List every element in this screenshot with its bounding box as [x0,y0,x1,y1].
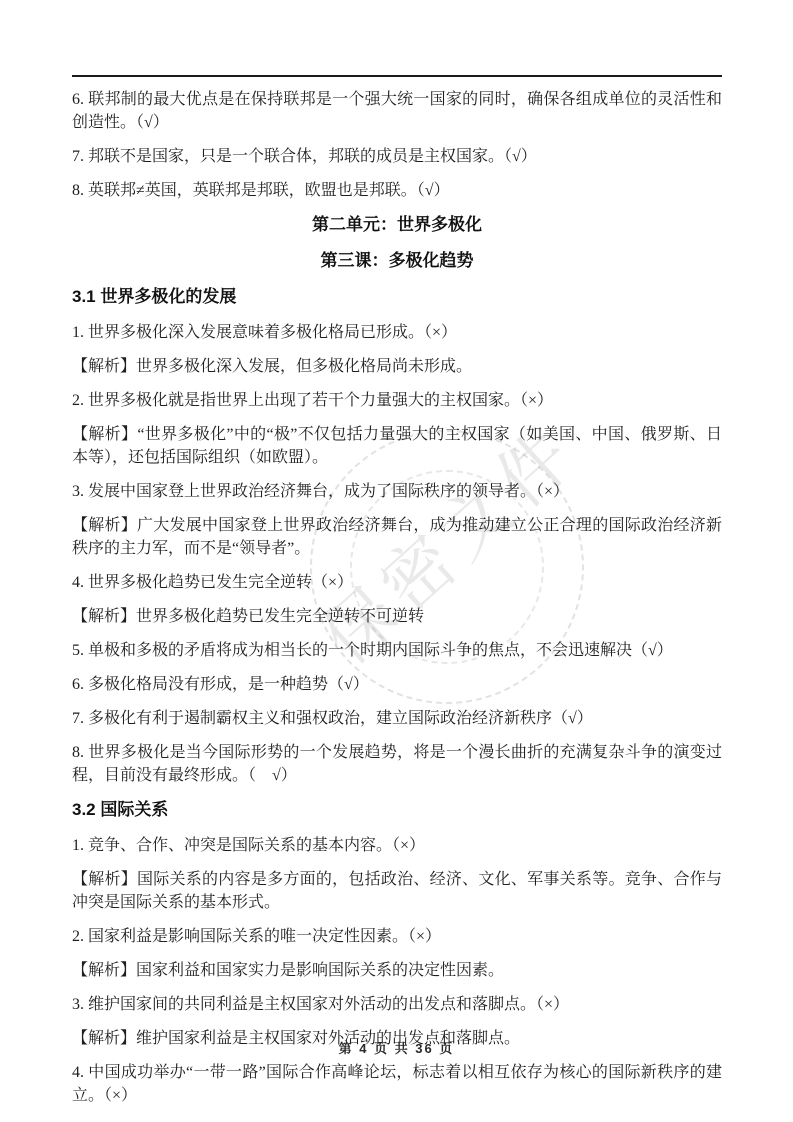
statement: 6. 多极化格局没有形成，是一种趋势（√） [72,673,722,696]
header-rule [72,75,722,77]
statement: 1. 竞争、合作、冲突是国际关系的基本内容。（×） [72,834,722,857]
section-heading: 3.2 国际关系 [72,798,722,822]
statement: 3. 发展中国家登上世界政治经济舞台，成为了国际秩序的领导者。（×） [72,480,722,503]
statement: 4. 中国成功举办“一带一路”国际合作高峰论坛，标志着以相互依存为核心的国际新秩… [72,1061,722,1107]
analysis: 【解析】世界多极化深入发展，但多极化格局尚未形成。 [72,355,722,378]
section-heading: 3.1 世界多极化的发展 [72,285,722,309]
document-page: 保密文件 6. 联邦制的最大优点是在保持联邦是一个强大统一国家的同时，确保各组成… [0,0,793,1122]
statement: 6. 联邦制的最大优点是在保持联邦是一个强大统一国家的同时，确保各组成单位的灵活… [72,88,722,134]
unit-heading: 第二单元：世界多极化 [72,213,722,237]
statement: 2. 国家利益是影响国际关系的唯一决定性因素。（×） [72,925,722,948]
analysis: 【解析】“世界多极化”中的“极”不仅包括力量强大的主权国家（如美国、中国、俄罗斯… [72,423,722,469]
analysis: 【解析】世界多极化趋势已发生完全逆转不可逆转 [72,605,722,628]
analysis: 【解析】国家利益和国家实力是影响国际关系的决定性因素。 [72,959,722,982]
statement: 3. 维护国家间的共同利益是主权国家对外活动的出发点和落脚点。（×） [72,993,722,1016]
statement: 8. 英联邦≠英国，英联邦是邦联，欧盟也是邦联。（√） [72,179,722,202]
lesson-heading: 第三课：多极化趋势 [72,249,722,273]
document-body: 6. 联邦制的最大优点是在保持联邦是一个强大统一国家的同时，确保各组成单位的灵活… [72,88,722,1118]
statement: 8. 世界多极化是当今国际形势的一个发展趋势，将是一个漫长曲折的充满复杂斗争的演… [72,741,722,787]
statement: 1. 世界多极化深入发展意味着多极化格局已形成。（×） [72,321,722,344]
page-number-footer: 第 4 页 共 36 页 [0,1038,793,1057]
analysis: 【解析】广大发展中国家登上世界政治经济舞台，成为推动建立公正合理的国际政治经济新… [72,514,722,560]
statement: 4. 世界多极化趋势已发生完全逆转（×） [72,571,722,594]
statement: 7. 邦联不是国家，只是一个联合体，邦联的成员是主权国家。（√） [72,145,722,168]
statement: 5. 单极和多极的矛盾将成为相当长的一个时期内国际斗争的焦点，不会迅速解决（√） [72,639,722,662]
analysis: 【解析】国际关系的内容是多方面的，包括政治、经济、文化、军事关系等。竞争、合作与… [72,868,722,914]
statement: 7. 多极化有利于遏制霸权主义和强权政治，建立国际政治经济新秩序（√） [72,707,722,730]
statement: 2. 世界多极化就是指世界上出现了若干个力量强大的主权国家。（×） [72,389,722,412]
